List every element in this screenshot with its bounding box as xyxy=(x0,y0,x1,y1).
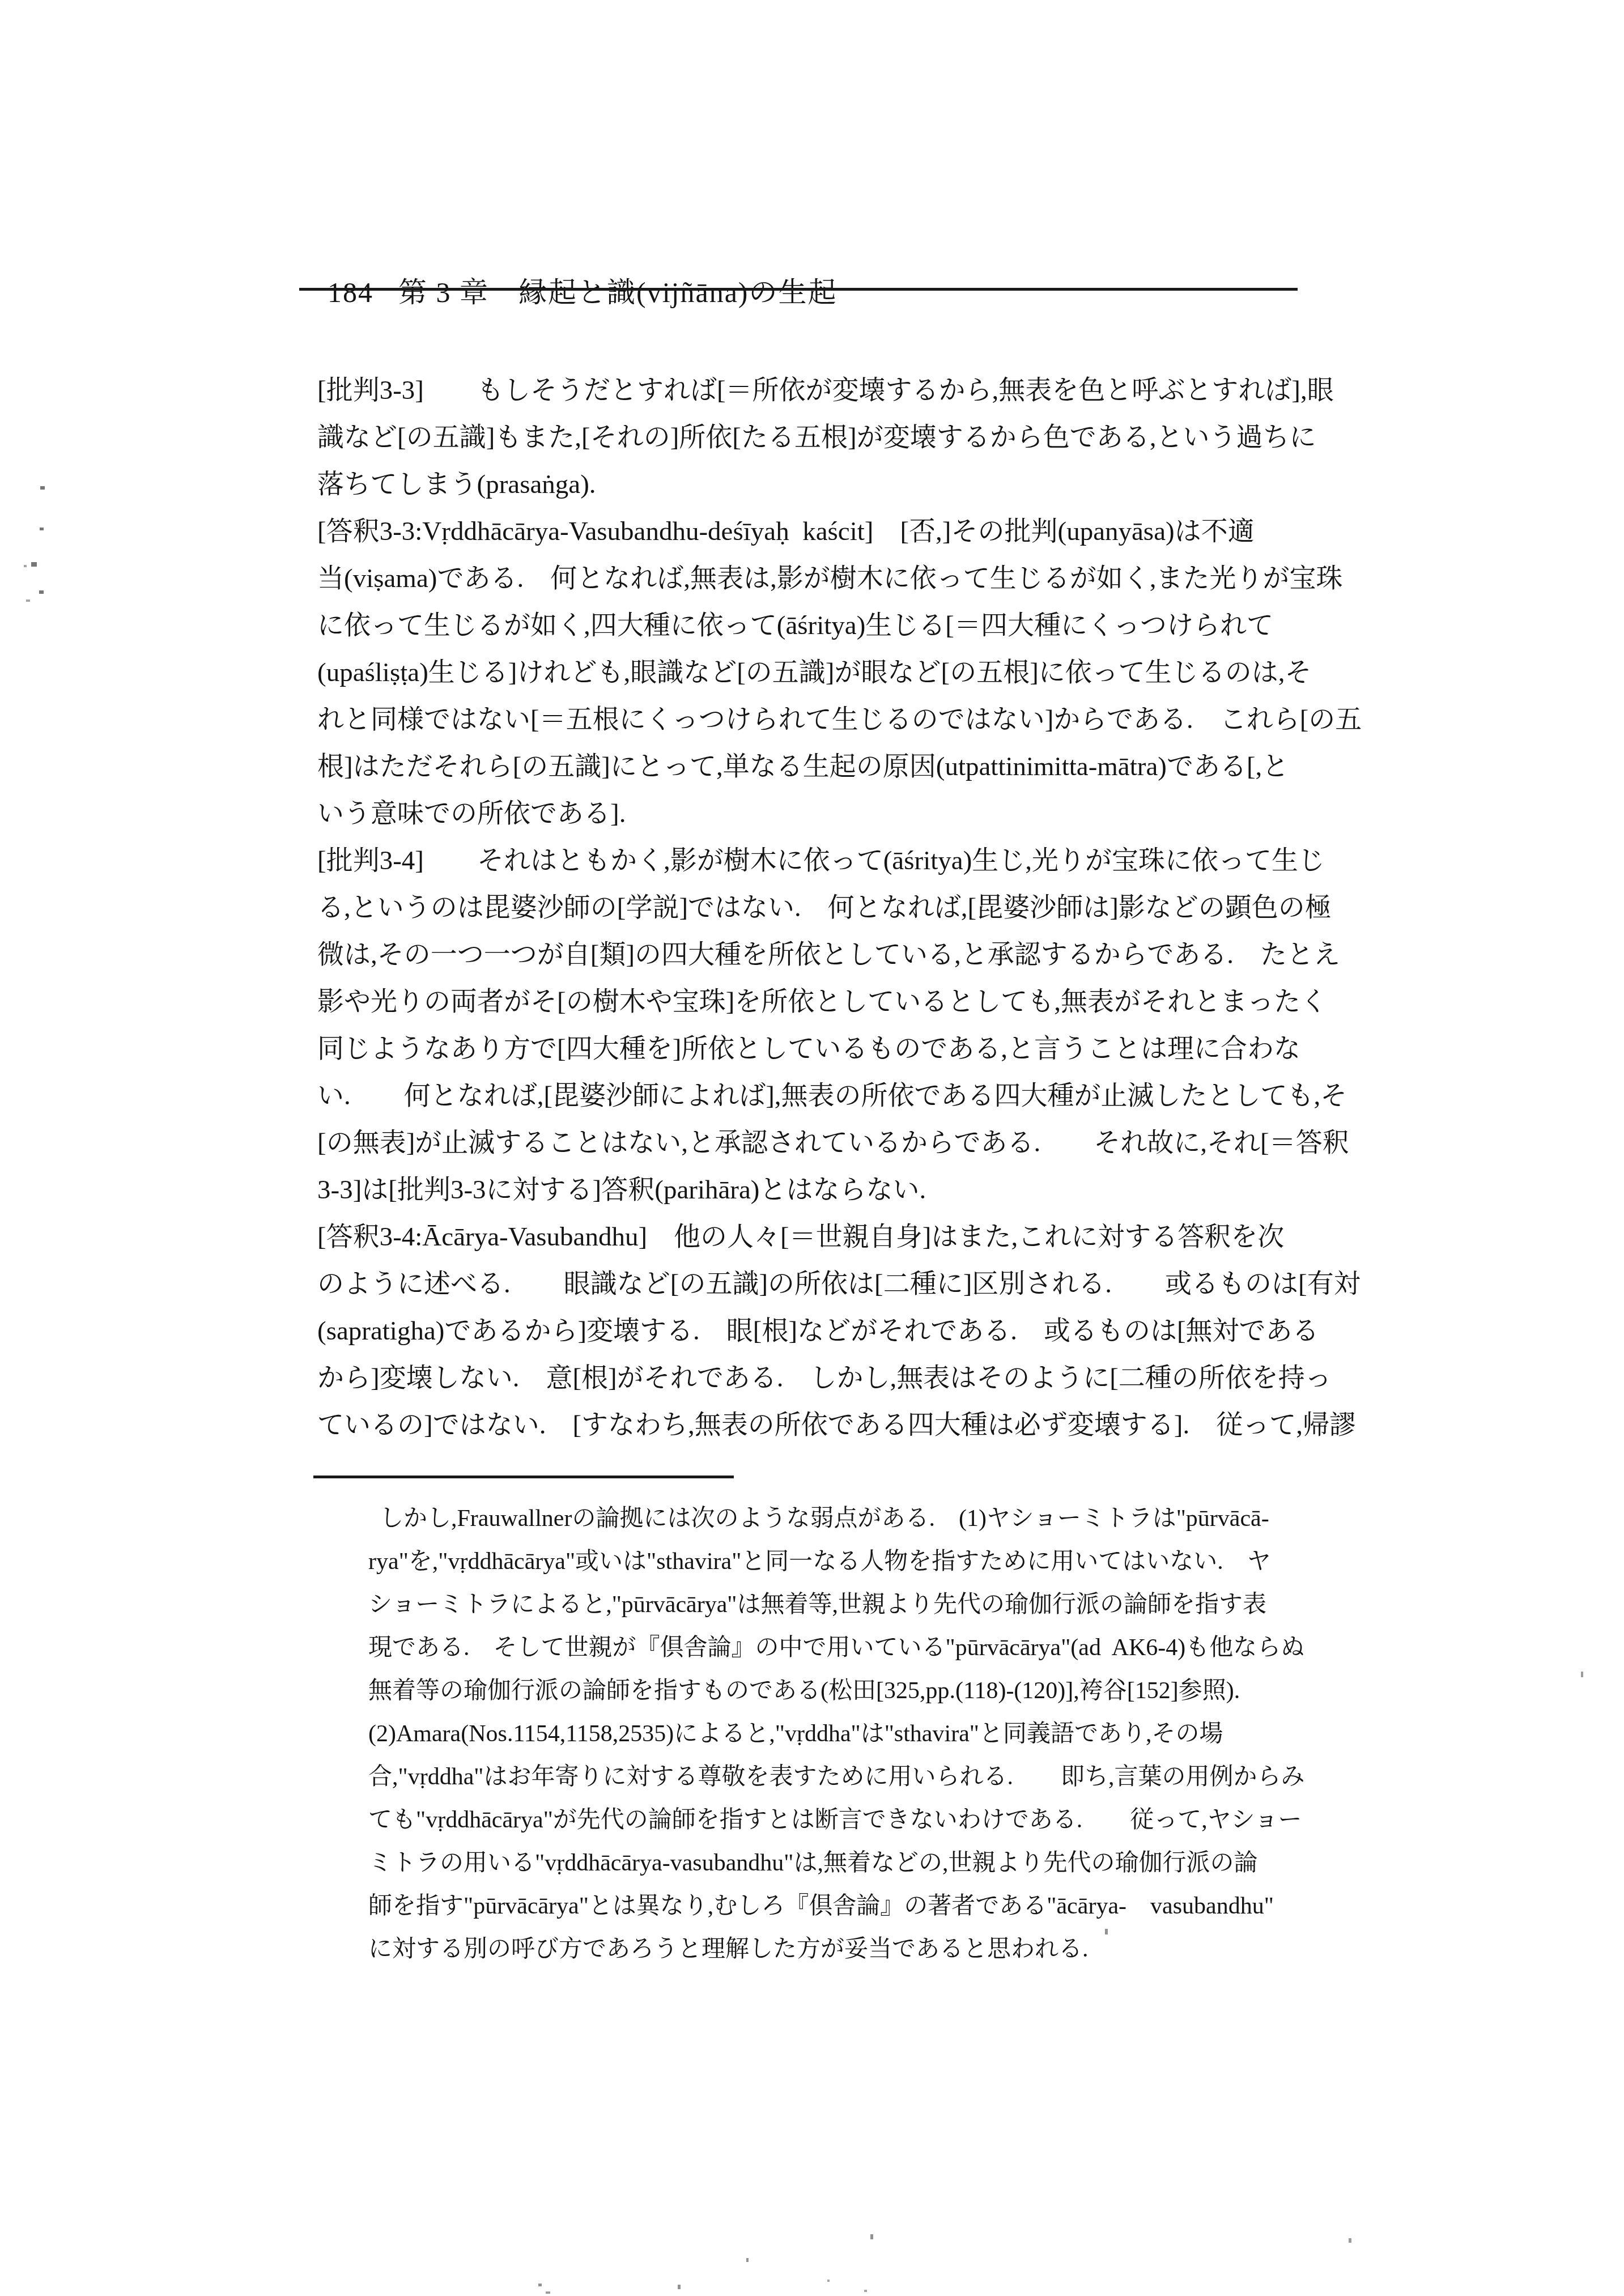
scan-artifact xyxy=(678,2285,681,2289)
body-line: 識など[の五識]もまた,[それの]所依[たる五根]が変壊するから色である,という… xyxy=(317,414,1337,461)
scan-artifact xyxy=(1349,2238,1351,2243)
header-rule xyxy=(299,288,1298,291)
footnote-line: しかし,Frauwallnerの論拠には次のような弱点がある. (1)ヤショーミ… xyxy=(368,1497,1335,1540)
body-line: のように述べる. 眼識など[の五識]の所依は[二種に]区別される. 或るものは[… xyxy=(317,1261,1337,1308)
scan-artifact xyxy=(827,2280,830,2282)
footnote-line: 合,"vṛddha"はお年寄りに対する尊敬を表すために用いられる. 即ち,言葉の… xyxy=(368,1755,1335,1798)
page-header: 184第 3 章 縁起と識(vijñāna)の生起 xyxy=(295,241,837,343)
scan-artifact xyxy=(31,562,37,567)
body-line: 微は,その一つ一つが自[類]の四大種を所依としている,と承認するからである. た… xyxy=(317,932,1337,979)
body-line: いう意味での所依である]. xyxy=(317,790,1337,837)
footnote-line: rya"を,"vṛddhācārya"或いは"sthavira"と同一なる人物を… xyxy=(368,1540,1335,1583)
chapter-title: 第 3 章 縁起と識(vijñāna)の生起 xyxy=(398,277,837,308)
scan-artifact xyxy=(1105,1929,1108,1934)
footnote-block: しかし,Frauwallnerの論拠には次のような弱点がある. (1)ヤショーミ… xyxy=(368,1497,1335,1971)
body-line: 同じようなあり方で[四大種を]所依としているものである,と言うことは理に合わな xyxy=(317,1026,1337,1073)
scan-artifact xyxy=(870,2234,873,2239)
scan-artifact xyxy=(40,528,44,530)
scan-artifact xyxy=(864,2290,867,2292)
footnote-line: (2)Amara(Nos.1154,1158,2535)によると,"vṛddha… xyxy=(368,1712,1335,1755)
body-line: から]変壊しない. 意[根]がそれである. しかし,無表はそのように[二種の所依… xyxy=(317,1355,1337,1402)
body-line: に依って生じるが如く,四大種に依って(āśritya)生じる[＝四大種にくっつけ… xyxy=(317,602,1337,649)
body-line: る,というのは毘婆沙師の[学説]ではない. 何となれば,[毘婆沙師は]影などの顕… xyxy=(317,885,1337,932)
body-line: れと同様ではない[＝五根にくっつけられて生じるのではない]からである. これら[… xyxy=(317,696,1337,743)
body-line: 根]はただそれら[の五識]にとって,単なる生起の原因(utpattinimitt… xyxy=(317,743,1337,790)
body-line: [答釈3-3:Vṛddhācārya-Vasubandhu-deśīyaḥ ka… xyxy=(317,508,1337,555)
footnote-line: 師を指す"pūrvācārya"とは異なり,むしろ『倶舎論』の著者である"ācā… xyxy=(368,1885,1335,1928)
body-text-block: [批判3-3] もしそうだとすれば[＝所依が変壊するから,無表を色と呼ぶとすれば… xyxy=(317,367,1337,1449)
scan-artifact xyxy=(39,590,44,594)
scan-artifact xyxy=(546,2291,550,2294)
footnote-line: 現である. そして世親が『倶舎論』の中で用いている"pūrvācārya"(ad… xyxy=(368,1626,1335,1669)
footnote-line: ても"vṛddhācārya"が先代の論師を指すとは断言できないわけである. 従… xyxy=(368,1798,1335,1842)
footnote-line: ショーミトラによると,"pūrvācārya"は無着等,世親より先代の瑜伽行派の… xyxy=(368,1583,1335,1626)
body-line: (upaśliṣṭa)生じる]けれども,眼識など[の五識]が眼など[の五根]に依… xyxy=(317,649,1337,696)
scan-artifact xyxy=(538,2284,542,2286)
scan-artifact xyxy=(26,599,30,602)
page-number: 184 xyxy=(328,277,373,308)
body-line: い. 何となれば,[毘婆沙師によれば],無表の所依である四大種が止滅したとしても… xyxy=(317,1073,1337,1120)
scan-artifact xyxy=(1581,1672,1583,1677)
scan-artifact xyxy=(24,565,27,567)
body-line: 落ちてしまう(prasaṅga). xyxy=(317,461,1337,508)
scan-artifact xyxy=(40,486,45,490)
footnote-line: に対する別の呼び方であろうと理解した方が妥当であると思われる. xyxy=(368,1928,1335,1971)
body-line: [批判3-3] もしそうだとすれば[＝所依が変壊するから,無表を色と呼ぶとすれば… xyxy=(317,367,1337,414)
body-line: 3-3]は[批判3-3に対する]答釈(parihāra)とはならない. xyxy=(317,1167,1337,1214)
body-line: [批判3-4] それはともかく,影が樹木に依って(āśritya)生じ,光りが宝… xyxy=(317,837,1337,885)
footnote-line: ミトラの用いる"vṛddhācārya-vasubandhu"は,無着などの,世… xyxy=(368,1842,1335,1885)
body-line: 影や光りの両者がそ[の樹木や宝珠]を所依としているとしても,無表がそれとまったく xyxy=(317,979,1337,1026)
body-line: (sapratigha)であるから]変壊する. 眼[根]などがそれである. 或る… xyxy=(317,1308,1337,1355)
body-line: ているの]ではない. [すなわち,無表の所依である四大種は必ず変壊する]. 従っ… xyxy=(317,1402,1337,1449)
body-line: 当(viṣama)である. 何となれば,無表は,影が樹木に依って生じるが如く,ま… xyxy=(317,555,1337,602)
footnote-separator xyxy=(313,1476,734,1478)
body-line: [の無表]が止滅することはない,と承認されているからである. それ故に,それ[＝… xyxy=(317,1120,1337,1167)
scan-artifact xyxy=(746,2258,749,2262)
body-line: [答釈3-4:Ācārya-Vasubandhu] 他の人々[＝世親自身]はまた… xyxy=(317,1214,1337,1261)
scanned-page: 184第 3 章 縁起と識(vijñāna)の生起 [批判3-3] もしそうだと… xyxy=(0,0,1624,2296)
footnote-line: 無着等の瑜伽行派の論師を指すものである(松田[325,pp.(118)-(120… xyxy=(368,1669,1335,1712)
